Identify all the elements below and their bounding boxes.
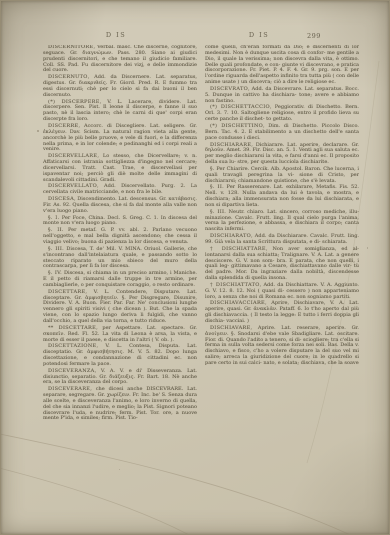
dictionary-entry: DISCETTAZIONE, V. L. Contesa, Disputa. L… bbox=[43, 344, 197, 367]
paper-speck bbox=[119, 469, 120, 470]
entry-headword: † DISCHIATTARE bbox=[210, 246, 266, 252]
dictionary-entry: (*) DISCERPERE, V. L. Lacerare, dividere… bbox=[43, 100, 197, 123]
entry-headword: DISCERRE bbox=[48, 123, 78, 129]
dictionary-entry: DISCHIARATO, Add. da Dischiarare. Cavalc… bbox=[205, 234, 359, 246]
entry-headword: DISCEVERARE bbox=[48, 386, 90, 392]
text-column-right: come quelli, ch'eran formati da Dio; e d… bbox=[205, 45, 359, 431]
entry-headword: §. II. bbox=[210, 184, 224, 190]
entry-headword: DISCHIAVACCIARE bbox=[210, 300, 265, 306]
entry-headword: DISCEVRATO bbox=[210, 86, 248, 92]
dictionary-entry: §. IV. Discesa, si chiama in un preciso … bbox=[43, 271, 197, 289]
dictionary-entry: (*) DISCHETTINO, Dim. di Dischetto. Picc… bbox=[205, 124, 359, 142]
entry-headword: DISCETTAZIONE bbox=[48, 343, 96, 349]
entry-headword: (*) DISCERPERE bbox=[48, 99, 100, 105]
dictionary-entry: DISCHIAVACCIARE, Aprire, Dischiavare, V.… bbox=[205, 301, 359, 324]
dictionary-entry: §. III. Neutr. chiaro. Lat. sincero, cor… bbox=[205, 210, 359, 233]
entry-headword: §. bbox=[210, 166, 215, 172]
crease-arc-upper bbox=[1, 433, 355, 535]
dictionary-entry: DISCERRE, Accorc. di Discegliere. Lat. s… bbox=[43, 124, 197, 153]
entry-headword: §. IV. bbox=[48, 270, 62, 276]
text-column-left: DISCERNITORE, Verbal. masc. Che discerne… bbox=[43, 45, 197, 431]
entry-headword: DISCERNUTO bbox=[48, 74, 88, 80]
dictionary-entry: (*) DISCHETTACCIO, Peggiorativ. di Disch… bbox=[205, 105, 359, 123]
dictionary-entry: DISCESA, Discendimento. Lat. descensus. … bbox=[43, 197, 197, 215]
entry-headword: DISCHIARATO bbox=[210, 233, 251, 239]
dictionary-entry: DISCERNUTO, Add. da Discernere. Lat. sep… bbox=[43, 75, 197, 98]
dictionary-entry: DISCETTARE, V. L. Contendere, Disputare.… bbox=[43, 290, 197, 325]
dictionary-entry: come quelli, ch'eran formati da Dio; e d… bbox=[205, 45, 359, 86]
dictionary-entry: † DISCHIATTATO, Add. da Dischiattare. V.… bbox=[205, 283, 359, 301]
entry-headword: DISCETTARE bbox=[48, 289, 85, 295]
paper-speck bbox=[367, 247, 368, 249]
entry-headword: † DISCHIATTATO bbox=[210, 282, 260, 288]
entry-headword: DISCESA bbox=[48, 196, 74, 202]
dictionary-entry: ** DISCETTARE, per Aspettare. Lat. spect… bbox=[43, 326, 197, 344]
dictionary-entry: §. III. Discesa, T. de' Mil. V. MINA. Or… bbox=[43, 247, 197, 270]
dictionary-entry: §. II. Per Rasserenare. Lat. exhilarare,… bbox=[205, 185, 359, 208]
dictionary-entry: DISCEVERANZA, V. A. V. e di' Disseveranz… bbox=[43, 369, 197, 387]
dictionary-entry: DISCEVERARE, che dicesi anche DISCEVRARE… bbox=[43, 387, 197, 422]
entry-headword: DISCERVELLARE bbox=[48, 153, 97, 159]
paper-speck bbox=[37, 130, 39, 132]
dictionary-entry: DISCHIARARE, Dichiarare. Lat. aperire, d… bbox=[205, 143, 359, 166]
entry-headword: DISCERNITORE bbox=[48, 45, 93, 50]
entry-headword: DISCHIAVARE bbox=[210, 325, 251, 331]
entry-headword: §. III. bbox=[210, 209, 226, 215]
entry-headword: DISCERVELLATO bbox=[48, 183, 97, 189]
dictionary-entry: DISCERNITORE, Verbal. masc. Che discerne… bbox=[43, 45, 197, 74]
text-block: DISCERNITORE, Verbal. masc. Che discerne… bbox=[43, 45, 359, 431]
entry-headword: (*) DISCHETTINO bbox=[210, 123, 263, 129]
dictionary-entry: DISCERVELLARE, Lo stesso, che Dicervella… bbox=[43, 154, 197, 183]
dictionary-entry: DISCERVELLATO, Add. Discervellato. Purg.… bbox=[43, 184, 197, 196]
entry-headword: §. III. bbox=[48, 246, 64, 252]
dictionary-entry: §. II. Per metaf. G. P. vv. abl. 2. Parl… bbox=[43, 228, 197, 246]
entry-headword: DISCEVERANZA bbox=[48, 368, 95, 374]
dictionary-entry: DISCHIAVARE, Aprire. Lat. reserare, aper… bbox=[205, 326, 359, 367]
dictionary-entry: §. I. Per Foce, China. Decl. S. Greg. C.… bbox=[43, 216, 197, 228]
entry-headword: DISCHIARARE bbox=[210, 142, 251, 148]
dictionary-entry: §. Per Chiarire. Cercik. Alb. Apostol. B… bbox=[205, 167, 359, 185]
running-head-left-column: D IS bbox=[96, 31, 136, 40]
dictionary-entry: † DISCHIATTARE, Non aver somiglianza, ed… bbox=[205, 247, 359, 282]
entry-headword: ** DISCETTARE bbox=[48, 325, 96, 331]
scanned-page: D IS D IS 299 DISCERNITORE, Verbal. masc… bbox=[0, 0, 390, 535]
crease-arc-lower bbox=[1, 467, 195, 535]
running-head-right-column: D IS bbox=[239, 31, 279, 40]
entry-headword: §. I. bbox=[48, 215, 59, 221]
dictionary-entry: DISCEVRATO, Add. da Discevrare. Lat. sep… bbox=[205, 87, 359, 105]
folio-page-number: 299 bbox=[299, 32, 329, 41]
entry-headword: §. II. bbox=[48, 227, 64, 233]
entry-headword: (*) DISCHETTACCIO bbox=[210, 104, 270, 110]
